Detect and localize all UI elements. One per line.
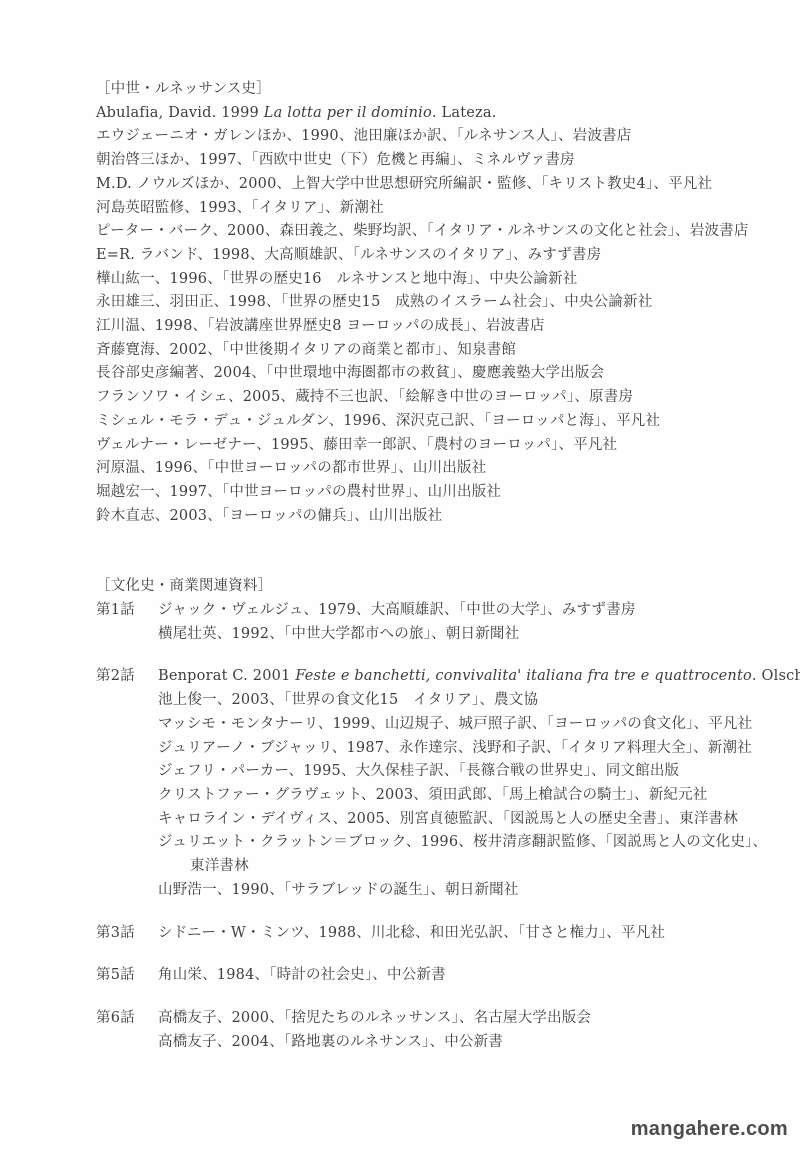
bibliography-entry: Abulafia, David. 1999 La lotta per il do… xyxy=(96,102,756,126)
entry-title-italic: Feste e banchetti, convivalita' italiana… xyxy=(295,668,752,684)
entry-text: 山野浩一、1990、「サラブレッドの誕生」、朝日新聞社 xyxy=(158,882,519,898)
entry-group: Abulafia, David. 1999 La lotta per il do… xyxy=(96,102,756,529)
entry-lines: Abulafia, David. 1999 La lotta per il do… xyxy=(96,102,756,529)
entry-lines: ジャック・ヴェルジュ、1979、大高順雄訳、「中世の大学」、みすず書房横尾壮英、… xyxy=(158,599,756,646)
entry-text: エウジェーニオ・ガレンほか、1990、池田廉ほか訳、「ルネサンス人」、岩波書店 xyxy=(96,128,631,144)
entry-text: ヴェルナー・レーゼナー、1995、藤田幸一郎訳、「農村のヨーロッパ」、平凡社 xyxy=(96,437,617,453)
bibliography-entry: 鈴木直志、2003、「ヨーロッパの傭兵」、山川出版社 xyxy=(96,505,756,529)
entry-text: 東洋書林 xyxy=(190,858,249,874)
bibliography-entry: クリストファー・グラヴェット、2003、須田武郎、「馬上槍試合の騎士」、新紀元社 xyxy=(158,784,756,808)
bibliography-entry: 長谷部史彦編著、2004、「中世環地中海圏都市の救貧」、慶應義塾大学出版会 xyxy=(96,362,756,386)
episode-label: 第2話 xyxy=(96,665,158,689)
entry-text: 横尾壮英、1992、「中世大学都市への旅」、朝日新聞社 xyxy=(158,626,519,642)
entry-group: 第3話シドニー・W・ミンツ、1988、川北稔、和田光弘訳、「甘さと権力」、平凡社 xyxy=(96,922,756,946)
bibliography-entry: ヴェルナー・レーゼナー、1995、藤田幸一郎訳、「農村のヨーロッパ」、平凡社 xyxy=(96,434,756,458)
section-title: ［中世・ルネッサンス史］ xyxy=(96,78,756,102)
bibliography-entry: 東洋書林 xyxy=(158,855,756,879)
entry-text: 鈴木直志、2003、「ヨーロッパの傭兵」、山川出版社 xyxy=(96,508,442,524)
entry-text: 河島英昭監修、1993、「イタリア」、新潮社 xyxy=(96,200,384,216)
bibliography-entry: マッシモ・モンタナーリ、1999、山辺規子、城戸照子訳、「ヨーロッパの食文化」、… xyxy=(158,713,756,737)
bibliography: ［中世・ルネッサンス史］Abulafia, David. 1999 La lot… xyxy=(96,78,756,1054)
bibliography-entry: E=R. ラバンド、1998、大高順雄訳、「ルネサンスのイタリア」、みすず書房 xyxy=(96,244,756,268)
bibliography-entry: ジェフリ・パーカー、1995、大久保桂子訳、「長篠合戦の世界史」、同文館出版 xyxy=(158,760,756,784)
entry-text: 堀越宏一、1997、「中世ヨーロッパの農村世界」、山川出版社 xyxy=(96,484,501,500)
bibliography-entry: 高橋友子、2004、「路地裏のルネサンス」、中公新書 xyxy=(158,1031,756,1055)
entry-lines: Benporat C. 2001 Feste e banchetti, conv… xyxy=(158,665,756,902)
episode-label: 第1話 xyxy=(96,599,158,623)
entry-text: 江川温、1998、「岩波講座世界歴史8 ヨーロッパの成長」、岩波書店 xyxy=(96,318,545,334)
bibliography-entry: 河原温、1996、「中世ヨーロッパの都市世界」、山川出版社 xyxy=(96,457,756,481)
bibliography-entry: 堀越宏一、1997、「中世ヨーロッパの農村世界」、山川出版社 xyxy=(96,481,756,505)
bibliography-entry: 江川温、1998、「岩波講座世界歴史8 ヨーロッパの成長」、岩波書店 xyxy=(96,315,756,339)
entry-text: 長谷部史彦編著、2004、「中世環地中海圏都市の救貧」、慶應義塾大学出版会 xyxy=(96,365,604,381)
bibliography-entry: 山野浩一、1990、「サラブレッドの誕生」、朝日新聞社 xyxy=(158,879,756,903)
bibliography-entry: ジャック・ヴェルジュ、1979、大高順雄訳、「中世の大学」、みすず書房 xyxy=(158,599,756,623)
section-title: ［文化史・商業関連資料］ xyxy=(96,575,756,599)
bibliography-entry: ジュリアーノ・ブジャッリ、1987、永作達宗、浅野和子訳、「イタリア料理大全」、… xyxy=(158,737,756,761)
entry-lines: シドニー・W・ミンツ、1988、川北稔、和田光弘訳、「甘さと権力」、平凡社 xyxy=(158,922,756,946)
entry-lines: 角山栄、1984、「時計の社会史」、中公新書 xyxy=(158,964,756,988)
bibliography-entry: 横尾壮英、1992、「中世大学都市への旅」、朝日新聞社 xyxy=(158,623,756,647)
entry-text: 角山栄、1984、「時計の社会史」、中公新書 xyxy=(158,967,446,983)
entry-text: M.D. ノウルズほか、2000、上智大学中世思想研究所編訳・監修、「キリスト教… xyxy=(96,176,712,192)
bibliography-entry: シドニー・W・ミンツ、1988、川北稔、和田光弘訳、「甘さと権力」、平凡社 xyxy=(158,922,756,946)
entry-text: マッシモ・モンタナーリ、1999、山辺規子、城戸照子訳、「ヨーロッパの食文化」、… xyxy=(158,716,752,732)
bibliography-entry: 高橋友子、2000、「捨児たちのルネッサンス」、名古屋大学出版会 xyxy=(158,1007,756,1031)
entry-text: 池上俊一、2003、「世界の食文化15 イタリア」、農文協 xyxy=(158,692,538,708)
scanned-document-page: ［中世・ルネッサンス史］Abulafia, David. 1999 La lot… xyxy=(0,0,800,1150)
bibliography-entry: 角山栄、1984、「時計の社会史」、中公新書 xyxy=(158,964,756,988)
entry-text: ミシェル・モラ・デュ・ジュルダン、1996、深沢克己訳、「ヨーロッパと海」、平凡… xyxy=(96,413,660,429)
entry-text: 永田雄三、羽田正、1998、「世界の歴史15 成熟のイスラーム社会」、中央公論新… xyxy=(96,294,652,310)
bibliography-entry: 池上俊一、2003、「世界の食文化15 イタリア」、農文協 xyxy=(158,689,756,713)
bibliography-section: ［文化史・商業関連資料］第1話ジャック・ヴェルジュ、1979、大高順雄訳、「中世… xyxy=(96,575,756,1054)
entry-text: Abulafia, David. 1999 xyxy=(96,105,264,121)
entry-text: . Olschki. xyxy=(752,668,800,684)
entry-text: 高橋友子、2004、「路地裏のルネサンス」、中公新書 xyxy=(158,1034,503,1050)
entry-text: クリストファー・グラヴェット、2003、須田武郎、「馬上槍試合の騎士」、新紀元社 xyxy=(158,787,708,803)
entry-text: E=R. ラバンド、1998、大高順雄訳、「ルネサンスのイタリア」、みすず書房 xyxy=(96,247,601,263)
entry-text: シドニー・W・ミンツ、1988、川北稔、和田光弘訳、「甘さと権力」、平凡社 xyxy=(158,925,665,941)
entry-group: 第1話ジャック・ヴェルジュ、1979、大高順雄訳、「中世の大学」、みすず書房横尾… xyxy=(96,599,756,646)
episode-label: 第5話 xyxy=(96,964,158,988)
entry-text: 河原温、1996、「中世ヨーロッパの都市世界」、山川出版社 xyxy=(96,460,486,476)
episode-label: 第6話 xyxy=(96,1007,158,1031)
bibliography-entry: フランソワ・イシェ、2005、蔵持不三也訳、「絵解き中世のヨーロッパ」、原書房 xyxy=(96,386,756,410)
bibliography-entry: ピーター・バーク、2000、森田義之、柴野均訳、「イタリア・ルネサンスの文化と社… xyxy=(96,220,756,244)
entry-text: ジュリエット・クラットン＝ブロック、1996、桜井清彦翻訳監修、「図説馬と人の文… xyxy=(158,834,767,850)
bibliography-entry: ジュリエット・クラットン＝ブロック、1996、桜井清彦翻訳監修、「図説馬と人の文… xyxy=(158,831,756,855)
bibliography-entry: エウジェーニオ・ガレンほか、1990、池田廉ほか訳、「ルネサンス人」、岩波書店 xyxy=(96,125,756,149)
entry-text: ジェフリ・パーカー、1995、大久保桂子訳、「長篠合戦の世界史」、同文館出版 xyxy=(158,763,679,779)
bibliography-entry: 永田雄三、羽田正、1998、「世界の歴史15 成熟のイスラーム社会」、中央公論新… xyxy=(96,291,756,315)
bibliography-entry: 河島英昭監修、1993、「イタリア」、新潮社 xyxy=(96,197,756,221)
bibliography-entry: 斉藤寛海、2002、「中世後期イタリアの商業と都市」、知泉書館 xyxy=(96,339,756,363)
bibliography-entry: ミシェル・モラ・デュ・ジュルダン、1996、深沢克己訳、「ヨーロッパと海」、平凡… xyxy=(96,410,756,434)
bibliography-entry: M.D. ノウルズほか、2000、上智大学中世思想研究所編訳・監修、「キリスト教… xyxy=(96,173,756,197)
entry-text: 高橋友子、2000、「捨児たちのルネッサンス」、名古屋大学出版会 xyxy=(158,1010,591,1026)
bibliography-entry: Benporat C. 2001 Feste e banchetti, conv… xyxy=(158,665,756,689)
entry-text: ピーター・バーク、2000、森田義之、柴野均訳、「イタリア・ルネサンスの文化と社… xyxy=(96,223,749,239)
bibliography-entry: 樺山紘一、1996、「世界の歴史16 ルネサンスと地中海」、中央公論新社 xyxy=(96,268,756,292)
entry-group: 第2話Benporat C. 2001 Feste e banchetti, c… xyxy=(96,665,756,902)
entry-text: ジュリアーノ・ブジャッリ、1987、永作達宗、浅野和子訳、「イタリア料理大全」、… xyxy=(158,740,752,756)
entry-text: フランソワ・イシェ、2005、蔵持不三也訳、「絵解き中世のヨーロッパ」、原書房 xyxy=(96,389,633,405)
entry-text: . Lateza. xyxy=(432,105,497,121)
entry-text: キャロライン・デイヴィス、2005、別宮貞徳監訳、「図説馬と人の歴史全書」、東洋… xyxy=(158,811,738,827)
bibliography-entry: キャロライン・デイヴィス、2005、別宮貞徳監訳、「図説馬と人の歴史全書」、東洋… xyxy=(158,808,756,832)
episode-label: 第3話 xyxy=(96,922,158,946)
entry-text: Benporat C. 2001 xyxy=(158,668,295,684)
entry-text: ジャック・ヴェルジュ、1979、大高順雄訳、「中世の大学」、みすず書房 xyxy=(158,602,636,618)
entry-lines: 高橋友子、2000、「捨児たちのルネッサンス」、名古屋大学出版会高橋友子、200… xyxy=(158,1007,756,1054)
entry-text: 斉藤寛海、2002、「中世後期イタリアの商業と都市」、知泉書館 xyxy=(96,342,516,358)
entry-title-italic: La lotta per il dominio xyxy=(264,105,432,121)
watermark: mangahere.com xyxy=(631,1118,788,1141)
entry-group: 第5話角山栄、1984、「時計の社会史」、中公新書 xyxy=(96,964,756,988)
entry-text: 樺山紘一、1996、「世界の歴史16 ルネサンスと地中海」、中央公論新社 xyxy=(96,271,577,287)
bibliography-section: ［中世・ルネッサンス史］Abulafia, David. 1999 La lot… xyxy=(96,78,756,528)
entry-text: 朝治啓三ほか、1997、「西欧中世史（下）危機と再編」、ミネルヴァ書房 xyxy=(96,152,575,168)
entry-group: 第6話高橋友子、2000、「捨児たちのルネッサンス」、名古屋大学出版会高橋友子、… xyxy=(96,1007,756,1054)
bibliography-entry: 朝治啓三ほか、1997、「西欧中世史（下）危機と再編」、ミネルヴァ書房 xyxy=(96,149,756,173)
